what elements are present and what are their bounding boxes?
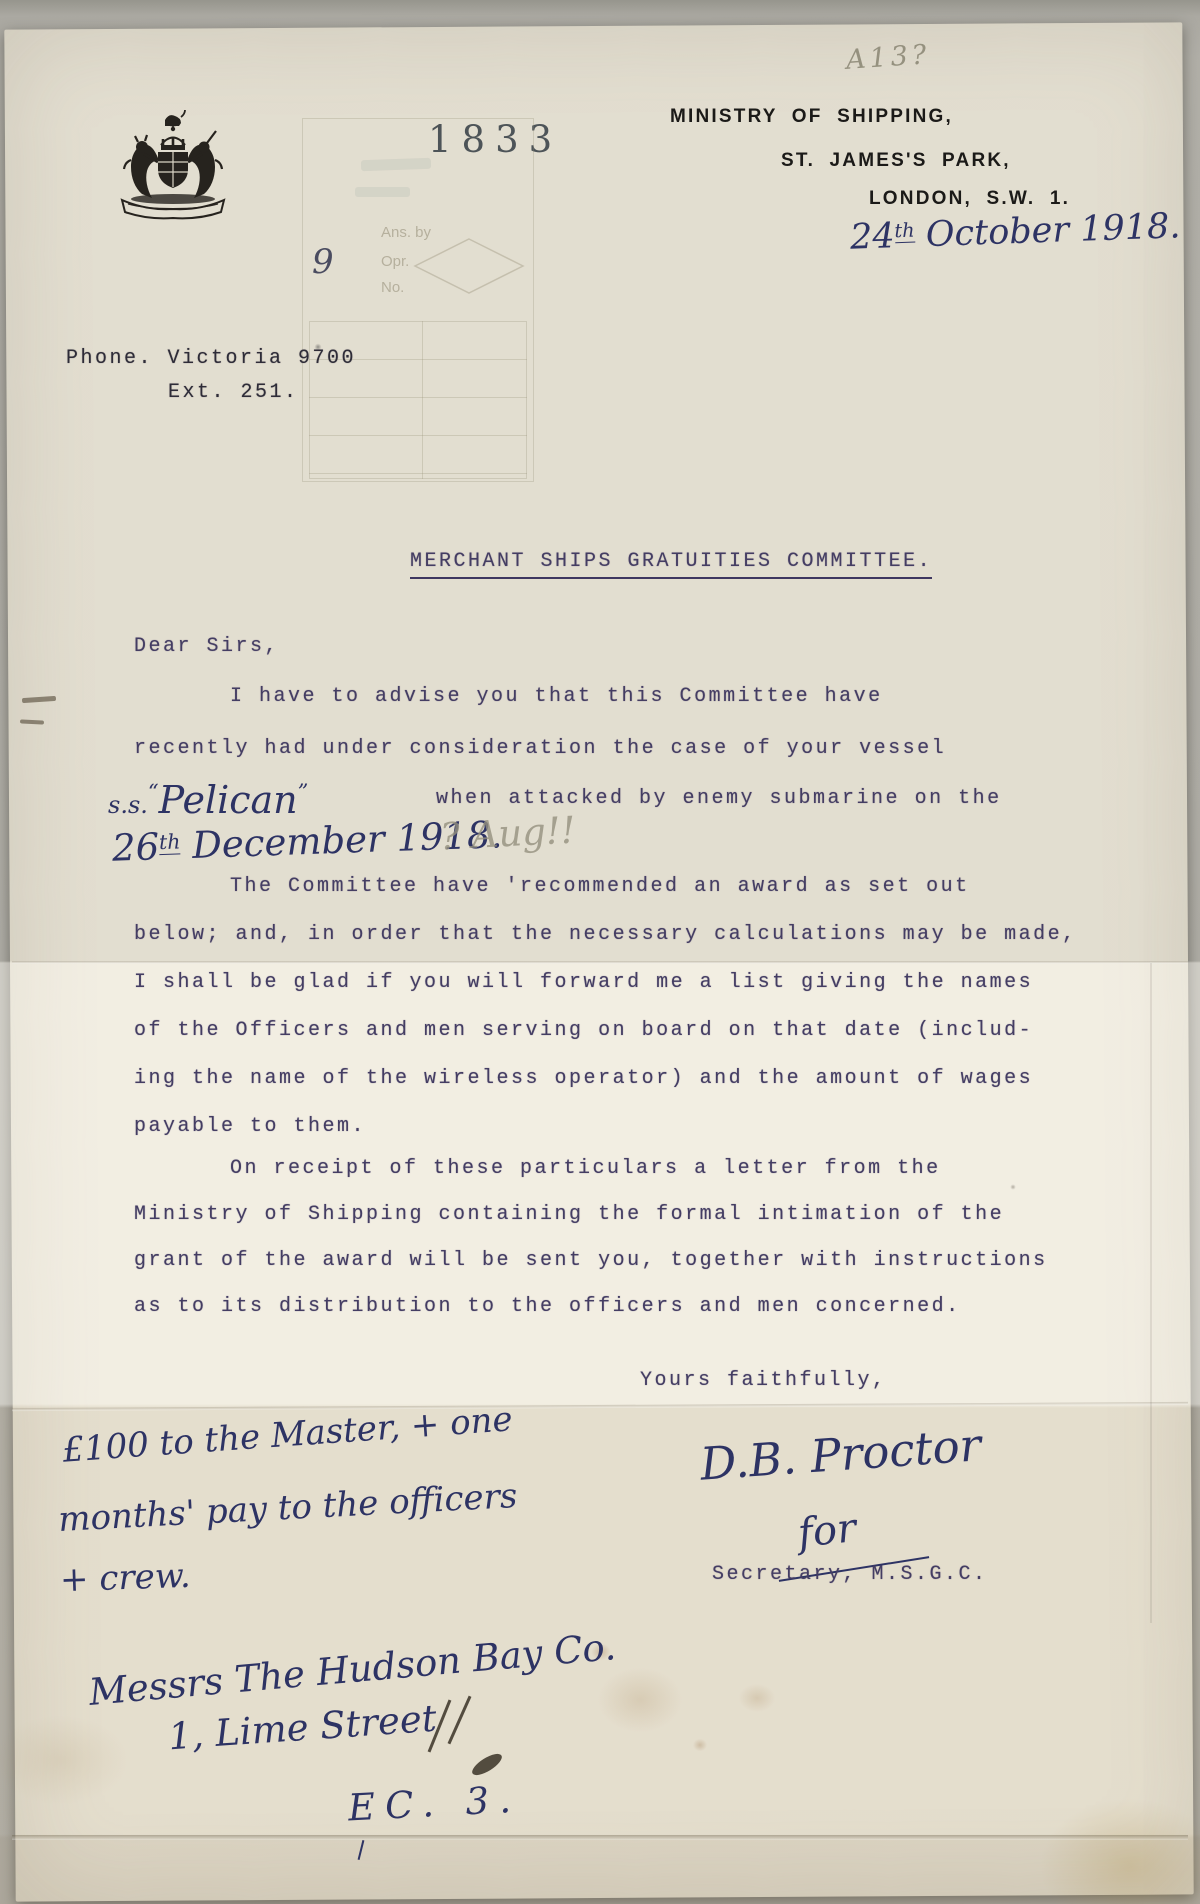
date-day: 24 [849,216,895,258]
body-line: as to its distribution to the officers a… [134,1295,961,1318]
address-line: EC. 3. [347,1778,522,1830]
body-line: below; and, in order that the necessary … [134,923,1077,946]
paper-edge-crease [1150,963,1152,1623]
body-line: ing the name of the wireless operator) a… [134,1067,1033,1090]
routing-label-opr: Opr. [381,253,409,270]
body-line: I have to advise you that this Committee… [230,685,883,708]
faded-stamp-smudge [361,158,431,171]
letterhead-line-1: MINISTRY OF SHIPPING, [670,106,953,128]
body-line: grant of the award will be sent you, tog… [134,1249,1048,1272]
body-line: payable to them. [134,1115,366,1138]
secretary-line: Secretary, M.S.G.C. [712,1563,988,1586]
royal-coat-of-arms-icon [108,100,238,230]
signature-per: for [796,1505,859,1557]
routing-grid [309,321,527,479]
vessel-prefix: s.s. [108,791,148,819]
pencil-annotation-top: A13? [845,39,931,76]
margin-digit: 9 [312,242,334,282]
pencil-date-correction: ? Aug!! [439,808,577,858]
award-note-line: + crew. [59,1556,191,1601]
routing-stamp-form: Ans. by Opr. No. [302,118,534,482]
routing-diamond [413,237,525,295]
attack-date-ordinal: th [159,829,181,855]
body-line: I shall be glad if you will forward me a… [134,971,1033,994]
body-line: of the Officers and men serving on board… [134,1019,1033,1042]
body-line: recently had under consideration the cas… [134,737,946,760]
letterhead-line-2: ST. JAMES'S PARK, [781,150,1011,172]
body-line: when attacked by enemy submarine on the [436,787,1002,810]
body-line: The Committee have 'recommended an award… [230,875,970,898]
vessel-name-handwritten: s.s.“Pelican” [108,778,308,822]
phone-line-2: Ext. 251. [168,381,299,404]
committee-title: MERCHANT SHIPS GRATUITIES COMMITTEE. [410,550,932,579]
letterhead-line-3: LONDON, S.W. 1. [869,188,1070,210]
fold-crease [12,961,1188,964]
faded-stamp-smudge [355,187,410,197]
vessel-close-quote: ” [298,779,309,803]
salutation: Dear Sirs, [134,635,279,658]
attack-date-day: 26 [111,825,160,870]
vessel-open-quote: “ [148,779,159,803]
closing: Yours faithfully, [640,1369,887,1392]
body-line: On receipt of these particulars a letter… [230,1157,941,1180]
body-line: Ministry of Shipping containing the form… [134,1203,1004,1226]
date-ordinal: th [894,219,915,244]
fold-crease [12,1835,1188,1840]
photographed-letter: 1833 Ans. by Opr. No. 9 A13? MINISTRY OF… [0,0,1200,1904]
vessel-name: Pelican [159,778,298,822]
routing-label-no: No. [381,279,404,296]
phone-line-1: Phone. Victoria 9700 [66,347,356,370]
